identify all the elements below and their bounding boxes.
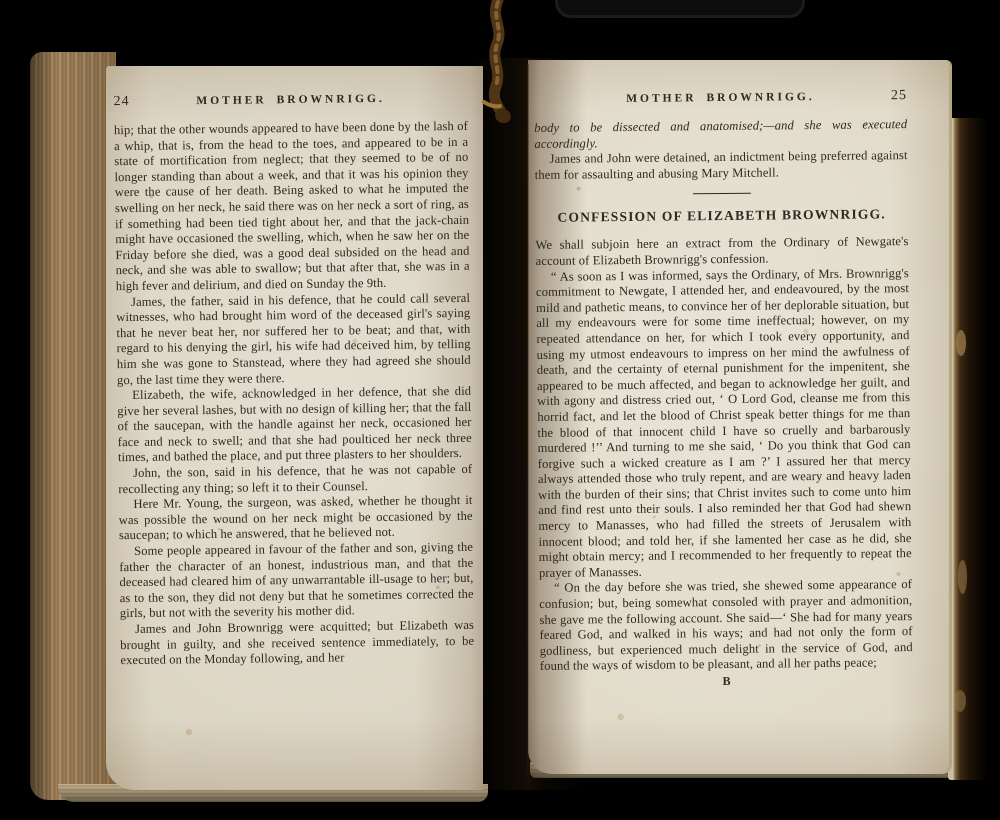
cover-wear-mark (958, 560, 967, 594)
paragraph: body to be dissected and anatomised;—and… (534, 117, 907, 152)
left-running-header: MOTHER BROWNRIGG. (148, 92, 434, 107)
paragraph: hip; that the other wounds appeared to h… (114, 119, 470, 295)
paragraph: John, the son, said in his defence, that… (118, 462, 472, 498)
paragraph: “ On the day before she was tried, she s… (539, 577, 913, 674)
left-page-number: 24 (114, 94, 148, 110)
background-object (555, 0, 805, 18)
photo-stage: 24 MOTHER BROWNRIGG. hip; that the other… (0, 0, 1000, 820)
section-heading: CONFESSION OF ELIZABETH BROWNRIGG. (535, 206, 908, 226)
left-running-head-row: 24 MOTHER BROWNRIGG. (114, 90, 468, 110)
gutter-line (527, 64, 529, 772)
leather-cover-edge (948, 118, 988, 780)
right-running-head-row: MOTHER BROWNRIGG. 25 (534, 88, 907, 108)
paragraph: Some people appeared in favour of the fa… (119, 540, 474, 622)
cover-wear-mark (956, 330, 966, 356)
paragraph: James and John were detained, an indictm… (535, 148, 908, 183)
left-page-edge-stack (30, 52, 116, 800)
paragraph: Here Mr. Young, the surgeon, was asked, … (118, 493, 473, 544)
section-divider-rule (692, 193, 750, 195)
right-page-text: MOTHER BROWNRIGG. 25 body to be dissecte… (534, 88, 913, 691)
paragraph: James, the father, said in his defence, … (116, 290, 471, 388)
paragraph: Elizabeth, the wife, acknowledged in her… (117, 384, 472, 466)
cover-wear-mark (954, 690, 966, 712)
paragraph: “ As soon as I was informed, says the Or… (536, 266, 912, 582)
right-page-number: 25 (873, 88, 907, 104)
paragraph: James and John Brownrigg were acquitted;… (120, 618, 475, 669)
right-running-header: MOTHER BROWNRIGG. (568, 90, 873, 105)
left-page-text: 24 MOTHER BROWNRIGG. hip; that the other… (114, 90, 475, 669)
paragraph: We shall subjoin here an extract from th… (535, 234, 908, 269)
binding-cord (470, 0, 530, 130)
